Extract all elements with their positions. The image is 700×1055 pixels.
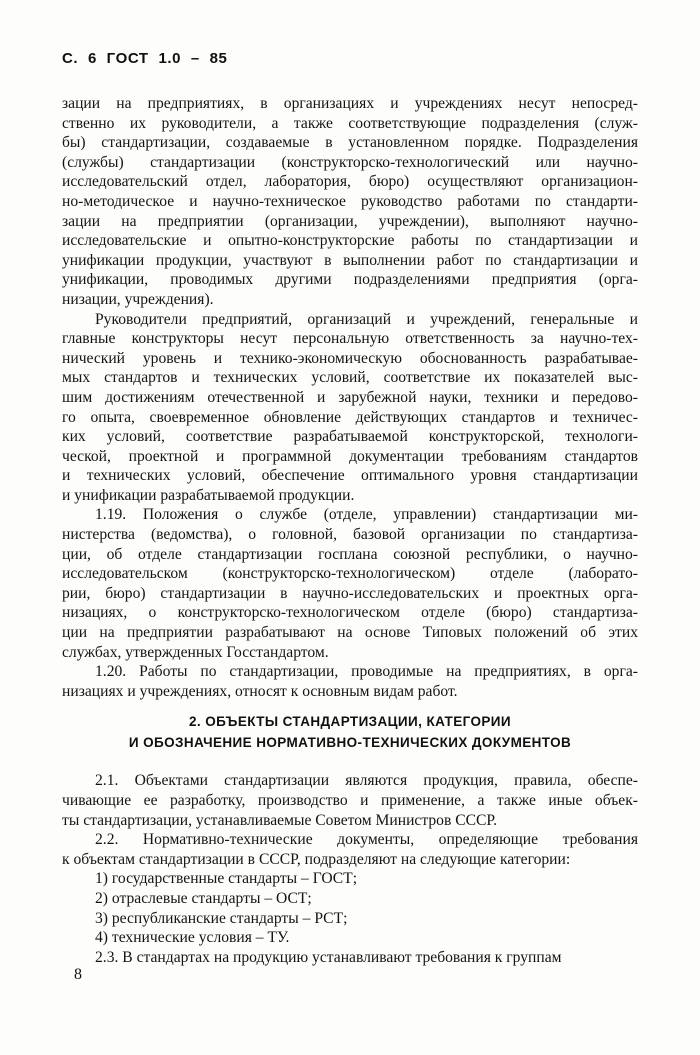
paragraph-1-20: 1.20. Работы по стандартизации, проводим…	[62, 662, 638, 701]
document-page: С. 6 ГОСТ 1.0 – 85 зации на предприятиях…	[0, 0, 700, 1055]
list-item-gost: 1) государственные стандарты – ГОСТ;	[62, 869, 638, 889]
page-number: 8	[74, 966, 82, 984]
list-item-ost: 2) отраслевые стандарты – ОСТ;	[62, 889, 638, 909]
list-item-tu: 4) технические условия – ТУ.	[62, 928, 638, 948]
paragraph-2-1: 2.1. Объектами стандартизации являются п…	[62, 771, 638, 830]
category-list: 1) государственные стандарты – ГОСТ; 2) …	[62, 869, 638, 947]
section-heading-line-1: 2. ОБЪЕКТЫ СТАНДАРТИЗАЦИИ, КАТЕГОРИИ	[62, 712, 638, 733]
paragraph-2-3: 2.3. В стандартах на продукцию устанавли…	[62, 948, 638, 968]
paragraph-responsibility: Руководители предприятий, организаций и …	[62, 310, 638, 506]
text-column: зации на предприятиях, в организациях и …	[62, 94, 638, 967]
paragraph-2-2: 2.2. Нормативно-технические документы, о…	[62, 830, 638, 869]
running-header: С. 6 ГОСТ 1.0 – 85	[62, 50, 227, 67]
section-heading: 2. ОБЪЕКТЫ СТАНДАРТИЗАЦИИ, КАТЕГОРИИ И О…	[62, 712, 638, 753]
paragraph-continuation: зации на предприятиях, в организациях и …	[62, 94, 638, 310]
list-item-rst: 3) республиканские стандарты – РСТ;	[62, 909, 638, 929]
section-heading-line-2: И ОБОЗНАЧЕНИЕ НОРМАТИВНО-ТЕХНИЧЕСКИХ ДОК…	[62, 733, 638, 754]
paragraph-1-19: 1.19. Положения о службе (отделе, управл…	[62, 505, 638, 662]
